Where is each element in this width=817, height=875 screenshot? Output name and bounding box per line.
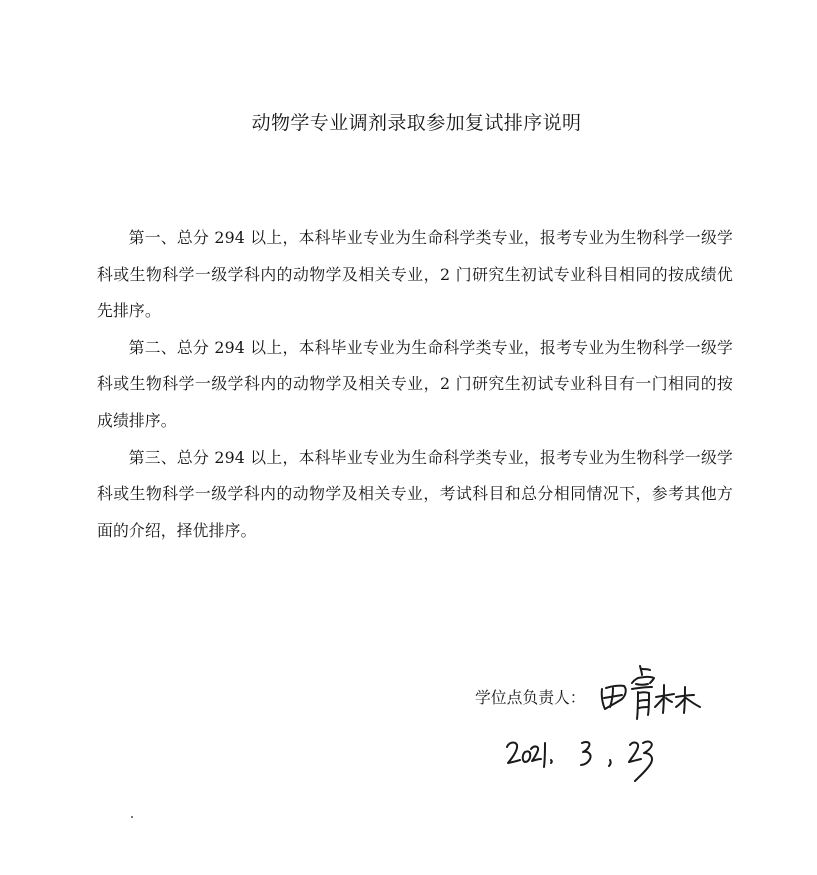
- handwritten-date-text: 2021. 3 . 23: [0, 0, 1, 1]
- handwritten-signature-icon: [596, 663, 708, 723]
- document-title: 动物学专业调剂录取参加复试排序说明: [0, 109, 817, 137]
- handwritten-date-icon: [505, 735, 670, 785]
- document-page: 动物学专业调剂录取参加复试排序说明 第一、总分 294 以上，本科毕业专业为生命…: [0, 0, 817, 875]
- scan-speck: [131, 816, 133, 818]
- paragraph-second: 第二、总分 294 以上，本科毕业专业为生命科学类专业，报考专业为生物科学一级学…: [97, 330, 733, 440]
- signature-block: 学位点负责人：: [475, 684, 586, 712]
- paragraph-first: 第一、总分 294 以上，本科毕业专业为生命科学类专业，报考专业为生物科学一级学…: [97, 220, 733, 330]
- paragraph-third: 第三、总分 294 以上，本科毕业专业为生命科学类专业，报考专业为生物科学一级学…: [97, 440, 733, 550]
- signature-label: 学位点负责人：: [475, 684, 586, 712]
- document-body: 第一、总分 294 以上，本科毕业专业为生命科学类专业，报考专业为生物科学一级学…: [97, 220, 733, 549]
- handwritten-name-text: 田宵林: [0, 0, 1, 1]
